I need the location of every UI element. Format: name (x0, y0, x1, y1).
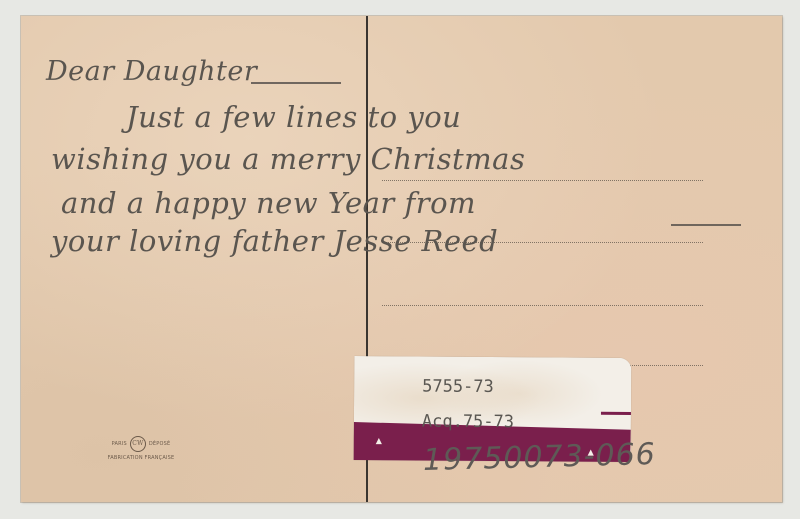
salutation-underline (251, 82, 341, 84)
label-accession-number: Acq.75-73 (422, 412, 514, 433)
label-tick-mark (601, 412, 631, 415)
message-line: Just a few lines to you (126, 100, 461, 134)
signature-flourish (671, 224, 741, 226)
publisher-mark: PARIS CW DÉPOSÉ FABRICATION FRANÇAISE (101, 436, 181, 461)
publisher-registered: DÉPOSÉ (149, 441, 171, 447)
triangle-icon: ▲ (376, 436, 382, 445)
address-line (382, 180, 703, 181)
message-line: and a happy new Year from (61, 186, 476, 220)
address-line (382, 305, 703, 306)
postcard-back: Dear Daughter Just a few lines to you wi… (21, 16, 782, 502)
publisher-logo-icon: CW (130, 436, 146, 452)
publisher-city: PARIS (112, 441, 127, 447)
message-line: your loving father Jesse Reed (51, 224, 498, 258)
message-salutation: Dear Daughter (46, 56, 257, 87)
scanned-image: Dear Daughter Just a few lines to you wi… (0, 0, 800, 519)
handwritten-catalog-number: 19750073-066 (423, 437, 657, 478)
publisher-fabrication: FABRICATION FRANÇAISE (101, 455, 181, 461)
label-object-number: 5755-73 (422, 377, 494, 397)
message-line: wishing you a merry Christmas (51, 142, 525, 176)
